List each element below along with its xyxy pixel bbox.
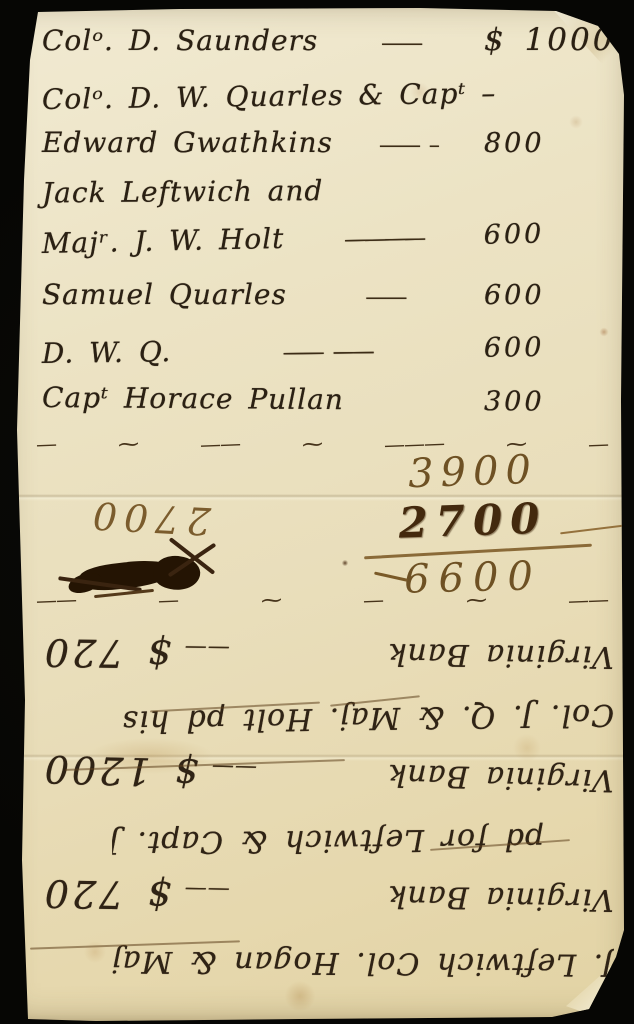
inverted-note-line: Virginia Bank —— $ 720 — [28, 853, 615, 925]
subtotal-value: 3900 — [367, 444, 579, 499]
entry-name: Colᵒ. D. W. Quarles & Capᵗ – — [42, 77, 497, 116]
ledger-section: Colᵒ. D. Saunders —— $ 1000 Colᵒ. D. W. … — [42, 22, 612, 427]
note-amount: $ 720 — [28, 630, 172, 676]
note-text: Virginia Bank — [241, 876, 614, 917]
dash-mark: — — [588, 432, 609, 457]
entry-amount — [496, 101, 612, 103]
entry-dash: —— — [318, 31, 484, 56]
note-amount: $ 1200 — [27, 746, 199, 794]
note-text: Virginia Bank — [241, 634, 614, 674]
entry-name: Capᵗ Horace Pullan — [42, 381, 344, 416]
entry-amount: 300 — [484, 386, 612, 418]
dash-mark: — — [36, 432, 57, 457]
entry-dash: —— —— — [171, 338, 484, 367]
note-text: J. Leftwich Col. Hogan & Maj. Holt pd — [112, 944, 614, 983]
separator-dashes-bottom: ———⁓—⁓—— — [36, 588, 608, 612]
note-amount: $ 720 — [28, 871, 173, 918]
note-dash — [42, 712, 112, 713]
inverted-note-line: pd for Leftwich & Capt. J. Holt — [28, 795, 615, 860]
ledger-entry: Colᵒ. D. Saunders —— $ 1000 — [42, 22, 612, 79]
ledger-entry: Jack Leftwich and — [42, 172, 612, 224]
dash-mark: — — [158, 588, 179, 613]
addend-value: 2700 — [367, 492, 579, 549]
ledger-entry: Samuel Quarles —— 600 — [42, 278, 612, 333]
inverted-note-line: J. Leftwich Col. Hogan & Maj. Holt pd — [28, 918, 614, 982]
note-dash — [42, 833, 112, 834]
entry-name: Jack Leftwich and — [42, 174, 324, 209]
entry-name: Edward Gwathkins — [42, 126, 333, 159]
dash-mark: —— — [200, 431, 241, 456]
entry-dash: —— — [287, 285, 484, 310]
inverted-notes-section: Virginia Bank —— $ 720 Col. J. Q. & Maj.… — [28, 616, 614, 980]
strike-mark — [374, 572, 408, 582]
dash-mark: — — [363, 588, 384, 613]
entry-dash: ———— — [284, 225, 484, 254]
entry-name: D. W. Q. — [42, 335, 172, 370]
ledger-entry: Majʳ. J. W. Holt ———— 600 — [41, 215, 612, 284]
entry-amount: 600 — [483, 217, 612, 251]
entry-amount: 600 — [484, 331, 612, 364]
entry-amount: $ 1000 — [484, 22, 612, 58]
note-dash: —— — [199, 754, 270, 781]
ledger-entry: Colᵒ. D. W. Quarles & Capᵗ – — [42, 75, 613, 130]
dash-mark: —— — [36, 587, 77, 612]
note-dash: —— — [172, 876, 242, 902]
entry-dash — [323, 199, 484, 200]
dash-mark: ⁓ — [118, 432, 139, 457]
ledger-entry: D. W. Q. —— —— 600 — [42, 329, 613, 387]
entry-dash — [344, 409, 484, 410]
inverted-note-line: Virginia Bank —— $ 720 — [28, 612, 615, 682]
note-text: pd for Leftwich & Capt. J. Holt — [112, 821, 544, 860]
note-dash: —— — [172, 635, 242, 661]
dash-mark: —— — [568, 587, 609, 612]
paper-sheet: Colᵒ. D. Saunders —— $ 1000 Colᵒ. D. W. … — [0, 0, 634, 1024]
dash-mark: ⁓ — [260, 588, 281, 613]
ledger-entry: Capᵗ Horace Pullan 300 — [42, 381, 612, 429]
entry-name: Majʳ. J. W. Holt — [41, 222, 284, 260]
dash-mark: ⁓ — [302, 432, 323, 457]
inverted-margin-figure: 2700 — [85, 493, 212, 543]
ledger-entry: Edward Gwathkins —— – 800 — [42, 126, 612, 174]
totals-block: 3900 2700 6600 — [368, 448, 578, 601]
dash-mark: ⁓ — [465, 588, 486, 613]
entry-amount: 800 — [484, 128, 612, 159]
scanned-document: Colᵒ. D. Saunders —— $ 1000 Colᵒ. D. W. … — [0, 0, 634, 1024]
entry-dash: —— – — [333, 133, 484, 158]
entry-amount — [484, 198, 612, 199]
entry-name: Colᵒ. D. Saunders — [42, 24, 318, 57]
entry-amount: 600 — [484, 280, 612, 311]
